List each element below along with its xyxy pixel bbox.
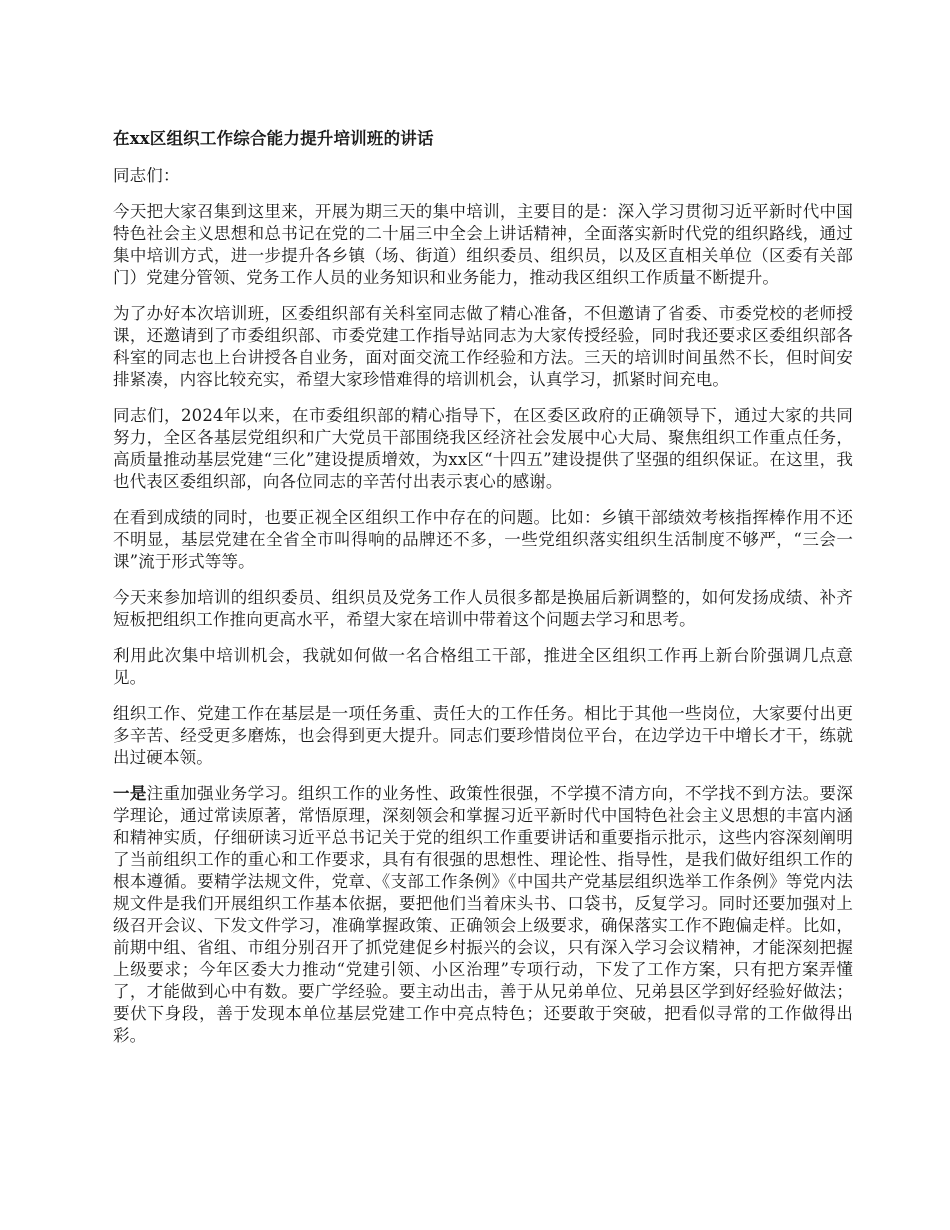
paragraph: 今天把大家召集到这里来，开展为期三天的集中培训，主要目的是：深入学习贯彻习近平新… [113,201,853,289]
paragraph: 利用此次集中培训机会，我就如何做一名合格组工干部，推进全区组织工作再上新台阶强调… [113,645,853,689]
point-one-text: 注重加强业务学习。组织工作的业务性、政策性很强，不学摸不清方向，不学找不到方法。… [113,784,853,1045]
document-title: 在xx区组织工作综合能力提升培训班的讲话 [113,128,853,150]
point-one-paragraph: 一是注重加强业务学习。组织工作的业务性、政策性很强，不学摸不清方向，不学找不到方… [113,783,853,1047]
document-page: 在xx区组织工作综合能力提升培训班的讲话 同志们： 今天把大家召集到这里来，开展… [113,128,853,1061]
salutation: 同志们： [113,165,853,187]
paragraph: 组织工作、党建工作在基层是一项任务重、责任大的工作任务。相比于其他一些岗位，大家… [113,703,853,769]
paragraph: 今天来参加培训的组织委员、组织员及党务工作人员很多都是换届后新调整的，如何发扬成… [113,587,853,631]
paragraph: 为了办好本次培训班，区委组织部有关科室同志做了精心准备，不但邀请了省委、市委党校… [113,303,853,391]
point-one-lead: 一是 [113,784,147,803]
paragraph: 在看到成绩的同时，也要正视全区组织工作中存在的问题。比如：乡镇干部绩效考核指挥棒… [113,507,853,573]
paragraph: 同志们，2024年以来，在市委组织部的精心指导下，在区委区政府的正确领导下，通过… [113,405,853,493]
